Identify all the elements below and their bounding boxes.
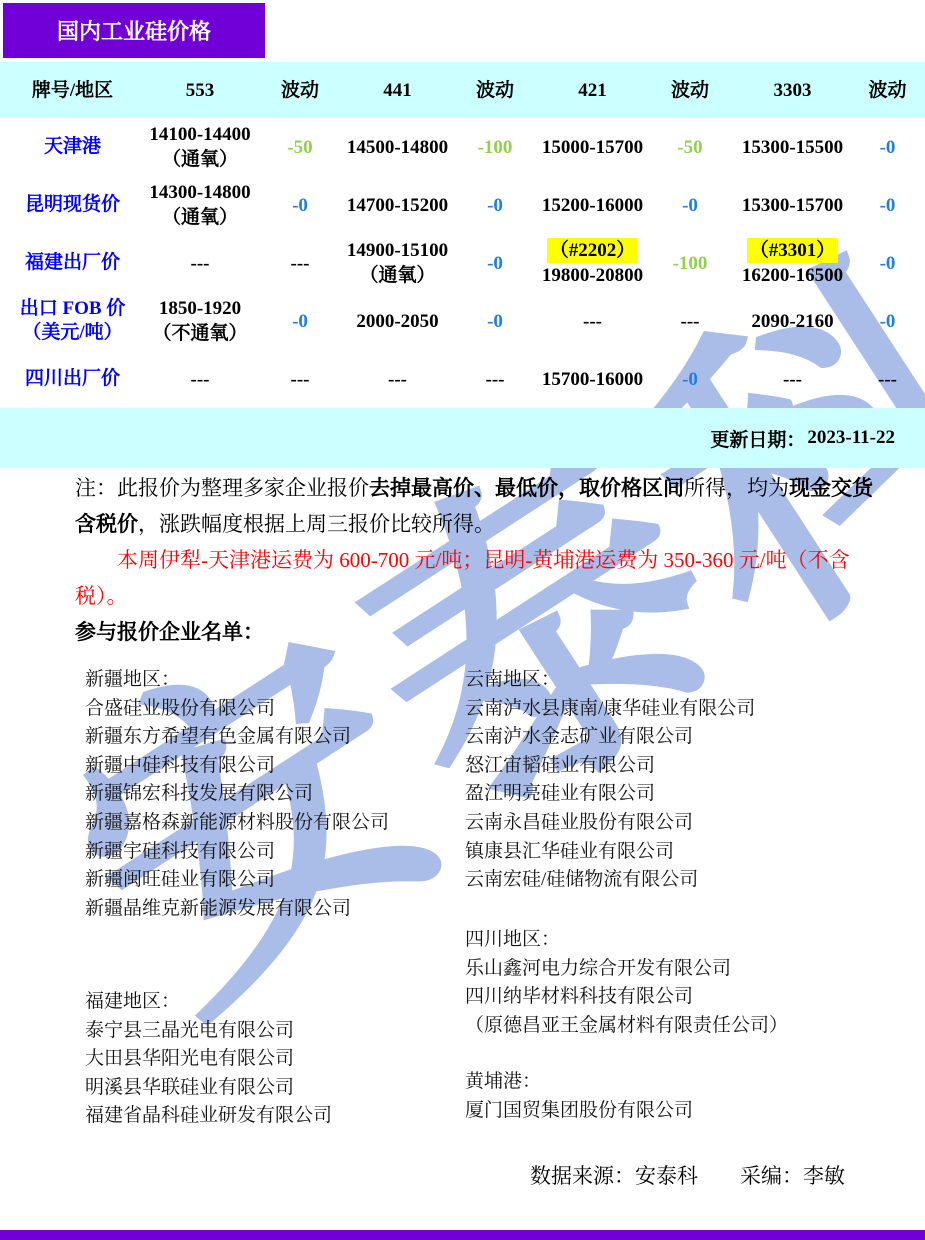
data-source-label: 数据来源：安泰科 (530, 1160, 698, 1190)
price-cell: 15300-15500 (735, 135, 850, 160)
price-cell: --- (145, 251, 255, 276)
price-cell: 1850-1920（不通氧） (145, 296, 255, 346)
fluctuation-cell: -50 (645, 135, 735, 160)
fluctuation-cell: -0 (850, 193, 925, 218)
company-list-heading: 参与报价企业名单： (75, 614, 880, 650)
price-cell: --- (540, 309, 645, 334)
fluctuation-cell: -0 (255, 193, 345, 218)
company-item: 云南泸水金志矿业有限公司 (465, 723, 755, 752)
company-list: 乐山鑫河电力综合开发有限公司四川纳毕材料科技有限公司（原德昌亚王金属材料有限责任… (465, 955, 788, 1041)
company-item: 镇康县汇华硅业有限公司 (465, 838, 755, 867)
row-label: 天津港 (0, 135, 145, 159)
fluctuation-cell: -0 (450, 309, 540, 334)
price-table: 牌号/地区 553 波动 441 波动 421 波动 3303 波动 天津港14… (0, 62, 925, 408)
note-segment: 所得，均为 (684, 476, 789, 500)
fluctuation-cell: -0 (850, 251, 925, 276)
company-group-sichuan: 四川地区： 乐山鑫河电力综合开发有限公司四川纳毕材料科技有限公司（原德昌亚王金属… (465, 926, 788, 1040)
bottom-purple-bar (0, 1230, 925, 1240)
note-segment: 去掉最高价、最低价，取价格区间 (369, 476, 684, 500)
company-item: 新疆中硅科技有限公司 (85, 752, 389, 781)
note-segment: ，涨跌幅度根据上周三报价比较所得。 (138, 512, 495, 536)
company-item: 怒江宙韬硅业有限公司 (465, 752, 755, 781)
company-item: 云南宏硅/硅储物流有限公司 (465, 866, 755, 895)
grade-highlight: （#3301） (747, 238, 839, 263)
company-item: 四川纳毕材料科技有限公司 (465, 983, 788, 1012)
editor-label: 采编：李敏 (740, 1160, 845, 1190)
fluctuation-cell: -0 (450, 193, 540, 218)
company-item: 云南泸水县康南/康华硅业有限公司 (465, 695, 755, 724)
price-cell: --- (735, 367, 850, 392)
company-list: 云南泸水县康南/康华硅业有限公司云南泸水金志矿业有限公司怒江宙韬硅业有限公司盈江… (465, 695, 755, 895)
fluctuation-cell: -0 (645, 193, 735, 218)
company-item: 泰宁县三晶光电有限公司 (85, 1017, 332, 1046)
fluctuation-cell: -100 (450, 135, 540, 160)
table-body: 天津港14100-14400（通氧）-5014500-14800-1001500… (0, 118, 925, 408)
company-list: 厦门国贸集团股份有限公司 (465, 1097, 693, 1126)
price-cell: --- (645, 309, 735, 334)
price-cell: 15200-16000 (540, 193, 645, 218)
column-header-brand-region: 牌号/地区 (0, 78, 145, 103)
price-cell: --- (255, 367, 345, 392)
company-item: 新疆闽旺硅业有限公司 (85, 866, 389, 895)
company-item: 明溪县华联硅业有限公司 (85, 1074, 332, 1103)
price-cell: 2000-2050 (345, 309, 450, 334)
company-item: （原德昌亚王金属材料有限责任公司） (465, 1012, 788, 1041)
price-cell: （#2202）19800-20800 (540, 238, 645, 288)
company-group-fujian: 福建地区： 泰宁县三晶光电有限公司大田县华阳光电有限公司明溪县华联硅业有限公司福… (85, 988, 332, 1131)
price-cell: --- (850, 367, 925, 392)
column-header-421: 421 (540, 78, 645, 103)
price-cell: 14100-14400（通氧） (145, 122, 255, 172)
price-cell: 15300-15700 (735, 193, 850, 218)
column-header-553: 553 (145, 78, 255, 103)
table-header-row: 牌号/地区 553 波动 441 波动 421 波动 3303 波动 (0, 62, 925, 118)
price-cell: --- (145, 367, 255, 392)
company-item: 新疆锦宏科技发展有限公司 (85, 780, 389, 809)
price-cell: 2090-2160 (735, 309, 850, 334)
group-title: 黄埔港： (465, 1068, 693, 1097)
row-label: 出口 FOB 价（美元/吨） (0, 297, 145, 345)
company-item: 乐山鑫河电力综合开发有限公司 (465, 955, 788, 984)
company-group-xinjiang: 新疆地区： 合盛硅业股份有限公司新疆东方希望有色金属有限公司新疆中硅科技有限公司… (85, 666, 389, 923)
price-bulletin-page: 安泰科 国内工业硅价格 牌号/地区 553 波动 441 波动 421 波动 3… (0, 0, 925, 1240)
company-item: 大田县华阳光电有限公司 (85, 1045, 332, 1074)
company-item: 福建省晶科硅业研发有限公司 (85, 1102, 332, 1131)
company-item: 新疆嘉格森新能源材料股份有限公司 (85, 809, 389, 838)
table-row: 出口 FOB 价（美元/吨）1850-1920（不通氧）-02000-2050-… (0, 292, 925, 350)
update-date-band: 更新日期： 2023-11-22 (0, 408, 925, 468)
table-row: 天津港14100-14400（通氧）-5014500-14800-1001500… (0, 118, 925, 176)
fluctuation-cell: -0 (255, 309, 345, 334)
table-row: 福建出厂价------14900-15100（通氧）-0（#2202）19800… (0, 234, 925, 292)
company-item: 新疆东方希望有色金属有限公司 (85, 723, 389, 752)
company-list: 泰宁县三晶光电有限公司大田县华阳光电有限公司明溪县华联硅业有限公司福建省晶科硅业… (85, 1017, 332, 1131)
fluctuation-cell: -0 (450, 251, 540, 276)
note-segment: 注：此报价为整理多家企业报价 (75, 476, 369, 500)
footer: 数据来源：安泰科 采编：李敏 (0, 1160, 925, 1190)
pricing-methodology-note: 注：此报价为整理多家企业报价去掉最高价、最低价，取价格区间所得，均为现金交货含税… (75, 470, 880, 542)
company-item: 合盛硅业股份有限公司 (85, 695, 389, 724)
group-title: 四川地区： (465, 926, 788, 955)
price-cell: 15000-15700 (540, 135, 645, 160)
price-cell: 14500-14800 (345, 135, 450, 160)
row-label: 四川出厂价 (0, 367, 145, 391)
price-cell: --- (345, 367, 450, 392)
column-header-fluctuation-2: 波动 (450, 78, 540, 103)
update-date-value: 2023-11-22 (807, 427, 895, 449)
company-item: 云南永昌硅业股份有限公司 (465, 809, 755, 838)
fluctuation-cell: -50 (255, 135, 345, 160)
fluctuation-cell: -0 (645, 367, 735, 392)
fluctuation-cell: -0 (850, 309, 925, 334)
price-cell: 14300-14800（通氧） (145, 180, 255, 230)
price-cell: --- (450, 367, 540, 392)
column-header-fluctuation-3: 波动 (645, 78, 735, 103)
group-title: 福建地区： (85, 988, 332, 1017)
group-title: 新疆地区： (85, 666, 389, 695)
fluctuation-cell: -100 (645, 251, 735, 276)
table-row: 四川出厂价------------15700-16000-0------ (0, 350, 925, 408)
notes-section: 注：此报价为整理多家企业报价去掉最高价、最低价，取价格区间所得，均为现金交货含税… (75, 470, 880, 650)
price-cell: 14900-15100（通氧） (345, 238, 450, 288)
group-title: 云南地区： (465, 666, 755, 695)
table-row: 昆明现货价14300-14800（通氧）-014700-15200-015200… (0, 176, 925, 234)
update-date-label: 更新日期： (710, 425, 805, 452)
grade-highlight: （#2202） (547, 238, 639, 263)
company-group-yunnan: 云南地区： 云南泸水县康南/康华硅业有限公司云南泸水金志矿业有限公司怒江宙韬硅业… (465, 666, 755, 895)
price-cell: --- (255, 251, 345, 276)
company-list: 合盛硅业股份有限公司新疆东方希望有色金属有限公司新疆中硅科技有限公司新疆锦宏科技… (85, 695, 389, 924)
fluctuation-cell: -0 (850, 135, 925, 160)
company-item: 新疆宇硅科技有限公司 (85, 838, 389, 867)
column-header-3303: 3303 (735, 78, 850, 103)
row-label: 昆明现货价 (0, 193, 145, 217)
column-header-fluctuation-4: 波动 (850, 78, 925, 103)
page-title: 国内工业硅价格 (3, 3, 265, 58)
freight-note: 本周伊犁-天津港运费为 600-700 元/吨；昆明-黄埔港运费为 350-36… (75, 542, 880, 614)
column-header-fluctuation-1: 波动 (255, 78, 345, 103)
row-label: 福建出厂价 (0, 251, 145, 275)
price-cell: 15700-16000 (540, 367, 645, 392)
price-cell: 14700-15200 (345, 193, 450, 218)
company-item: 厦门国贸集团股份有限公司 (465, 1097, 693, 1126)
company-group-huangpu: 黄埔港： 厦门国贸集团股份有限公司 (465, 1068, 693, 1125)
price-cell: （#3301）16200-16500 (735, 238, 850, 288)
company-item: 新疆晶维克新能源发展有限公司 (85, 895, 389, 924)
column-header-441: 441 (345, 78, 450, 103)
company-item: 盈江明亮硅业有限公司 (465, 780, 755, 809)
